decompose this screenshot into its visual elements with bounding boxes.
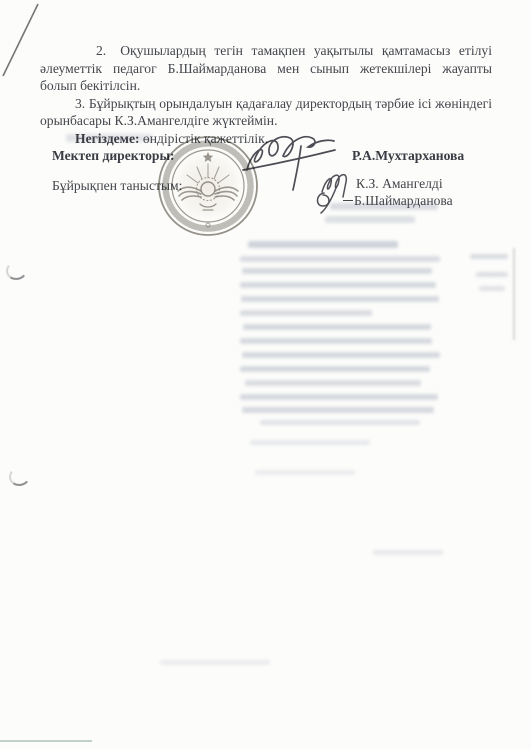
- bleedthrough-artifact: [479, 286, 505, 291]
- bleedthrough-artifact: [373, 550, 443, 555]
- bleedthrough-artifact: [240, 394, 438, 400]
- paragraph-3-line-2: орынбасары К.З.Амангелдіге жүктеймін.: [40, 112, 492, 130]
- scan-edge-line: [0, 740, 92, 742]
- bleedthrough-artifact: [325, 216, 415, 223]
- bleedthrough-artifact: [250, 440, 370, 445]
- bleedthrough-artifact: [241, 296, 439, 302]
- paragraph-2-line-3: болып бекітілсін.: [40, 77, 492, 95]
- bleedthrough-artifact: [242, 407, 434, 413]
- bleedthrough-artifact: [476, 272, 508, 277]
- bleedthrough-artifact: [240, 256, 440, 262]
- bleedthrough-artifact: [240, 366, 430, 372]
- bleedthrough-artifact: [248, 241, 398, 248]
- bleedthrough-artifact: [243, 324, 431, 330]
- bleedthrough-artifact: [260, 420, 420, 425]
- page-edge-shadow: [513, 248, 515, 340]
- bleedthrough-artifact: [242, 352, 440, 358]
- bleedthrough-artifact: [242, 268, 432, 274]
- bleedthrough-artifact: [245, 380, 421, 386]
- bleedthrough-artifact: [240, 282, 436, 288]
- bleedthrough-artifact: [470, 254, 508, 259]
- hole-punch-mark: [8, 466, 31, 488]
- basis-label: Негіздеме:: [75, 131, 140, 146]
- bleedthrough-artifact: [240, 310, 372, 316]
- paragraph-2-line-1: 2.Оқушылардың тегін тамақпен уақытылы қа…: [40, 42, 492, 60]
- paragraph-2-line-2: әлеуметтік педагог Б.Шаймарданова мен сы…: [40, 60, 492, 78]
- scanned-document-page: 2.Оқушылардың тегін тамақпен уақытылы қа…: [0, 0, 531, 750]
- acknowledgement-signature-2: [312, 186, 350, 214]
- paragraph-3-line-1: 3. Бұйрықтың орындалуын қадағалау директ…: [40, 95, 492, 113]
- bleedthrough-artifact: [160, 660, 270, 665]
- bleedthrough-artifact: [255, 470, 355, 475]
- hole-punch-mark: [5, 260, 28, 282]
- paragraph-2-number: 2.: [96, 42, 106, 60]
- bleedthrough-artifact: [240, 338, 432, 344]
